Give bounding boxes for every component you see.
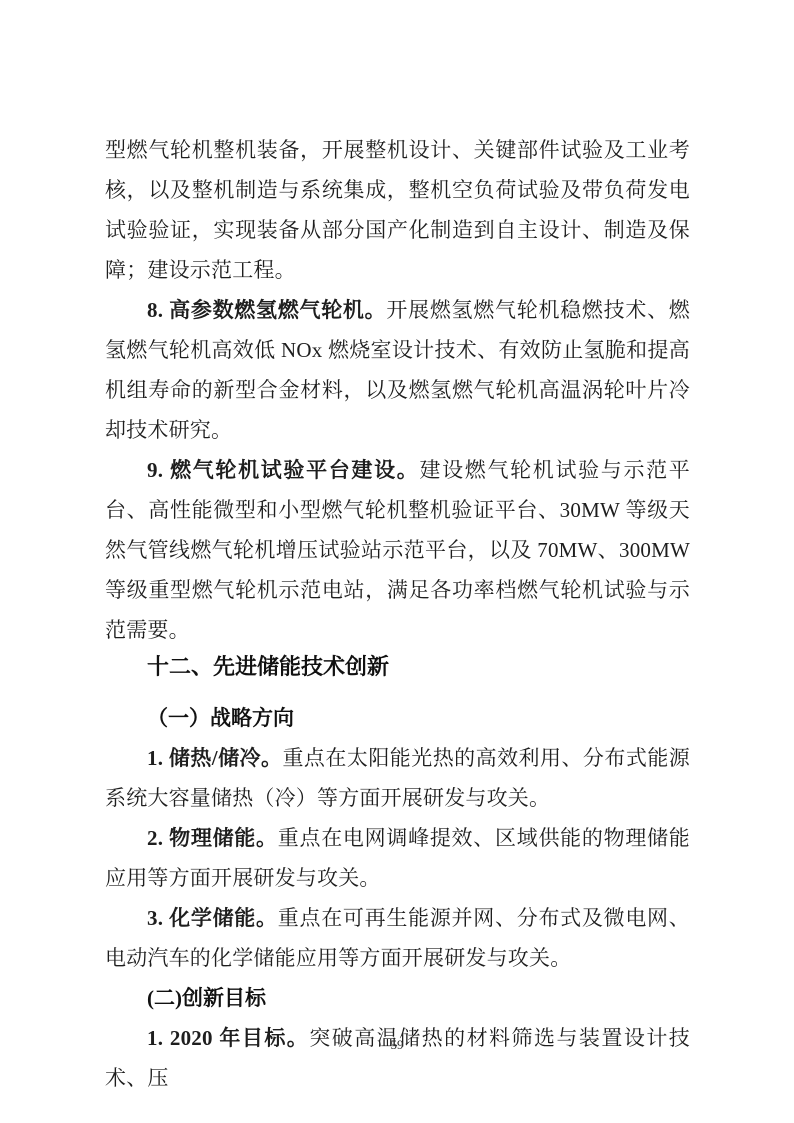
paragraph-item-8: 8. 高参数燃氢燃气轮机。开展燃氢燃气轮机稳燃技术、燃氢燃气轮机高效低 NOx …	[105, 290, 690, 450]
paragraph-item-9: 9. 燃气轮机试验平台建设。建设燃气轮机试验与示范平台、高性能微型和小型燃气轮机…	[105, 450, 690, 650]
strategy-2-lead: 2. 物理储能。	[147, 826, 278, 850]
paragraph-continuation: 型燃气轮机整机装备，开展整机设计、关键部件试验及工业考核，以及整机制造与系统集成…	[105, 130, 690, 290]
item-8-lead: 8. 高参数燃氢燃气轮机。	[147, 298, 386, 322]
strategy-1-lead: 1. 储热/储冷。	[147, 746, 282, 770]
document-page: 型燃气轮机整机装备，开展整机设计、关键部件试验及工业考核，以及整机制造与系统集成…	[0, 0, 794, 1123]
paragraph-goal-2020: 1. 2020 年目标。突破高温储热的材料筛选与装置设计技术、压	[105, 1018, 690, 1098]
paragraph-strategy-3: 3. 化学储能。重点在可再生能源并网、分布式及微电网、电动汽车的化学储能应用等方…	[105, 898, 690, 978]
page-number: 59	[0, 1036, 794, 1054]
paragraph-strategy-2: 2. 物理储能。重点在电网调峰提效、区域供能的物理储能应用等方面开展研发与攻关。	[105, 818, 690, 898]
strategy-3-lead: 3. 化学储能。	[147, 906, 278, 930]
item-9-body: 建设燃气轮机试验与示范平台、高性能微型和小型燃气轮机整机验证平台、30MW 等级…	[105, 458, 690, 642]
paragraph-continuation-text: 型燃气轮机整机装备，开展整机设计、关键部件试验及工业考核，以及整机制造与系统集成…	[105, 138, 690, 282]
subsection-heading-goals: (二)创新目标	[105, 978, 690, 1018]
paragraph-strategy-1: 1. 储热/储冷。重点在太阳能光热的高效利用、分布式能源系统大容量储热（冷）等方…	[105, 738, 690, 818]
item-9-lead: 9. 燃气轮机试验平台建设。	[147, 458, 419, 482]
subsection-heading-strategy: （一）战略方向	[105, 698, 690, 738]
section-heading-12: 十二、先进储能技术创新	[105, 650, 690, 684]
